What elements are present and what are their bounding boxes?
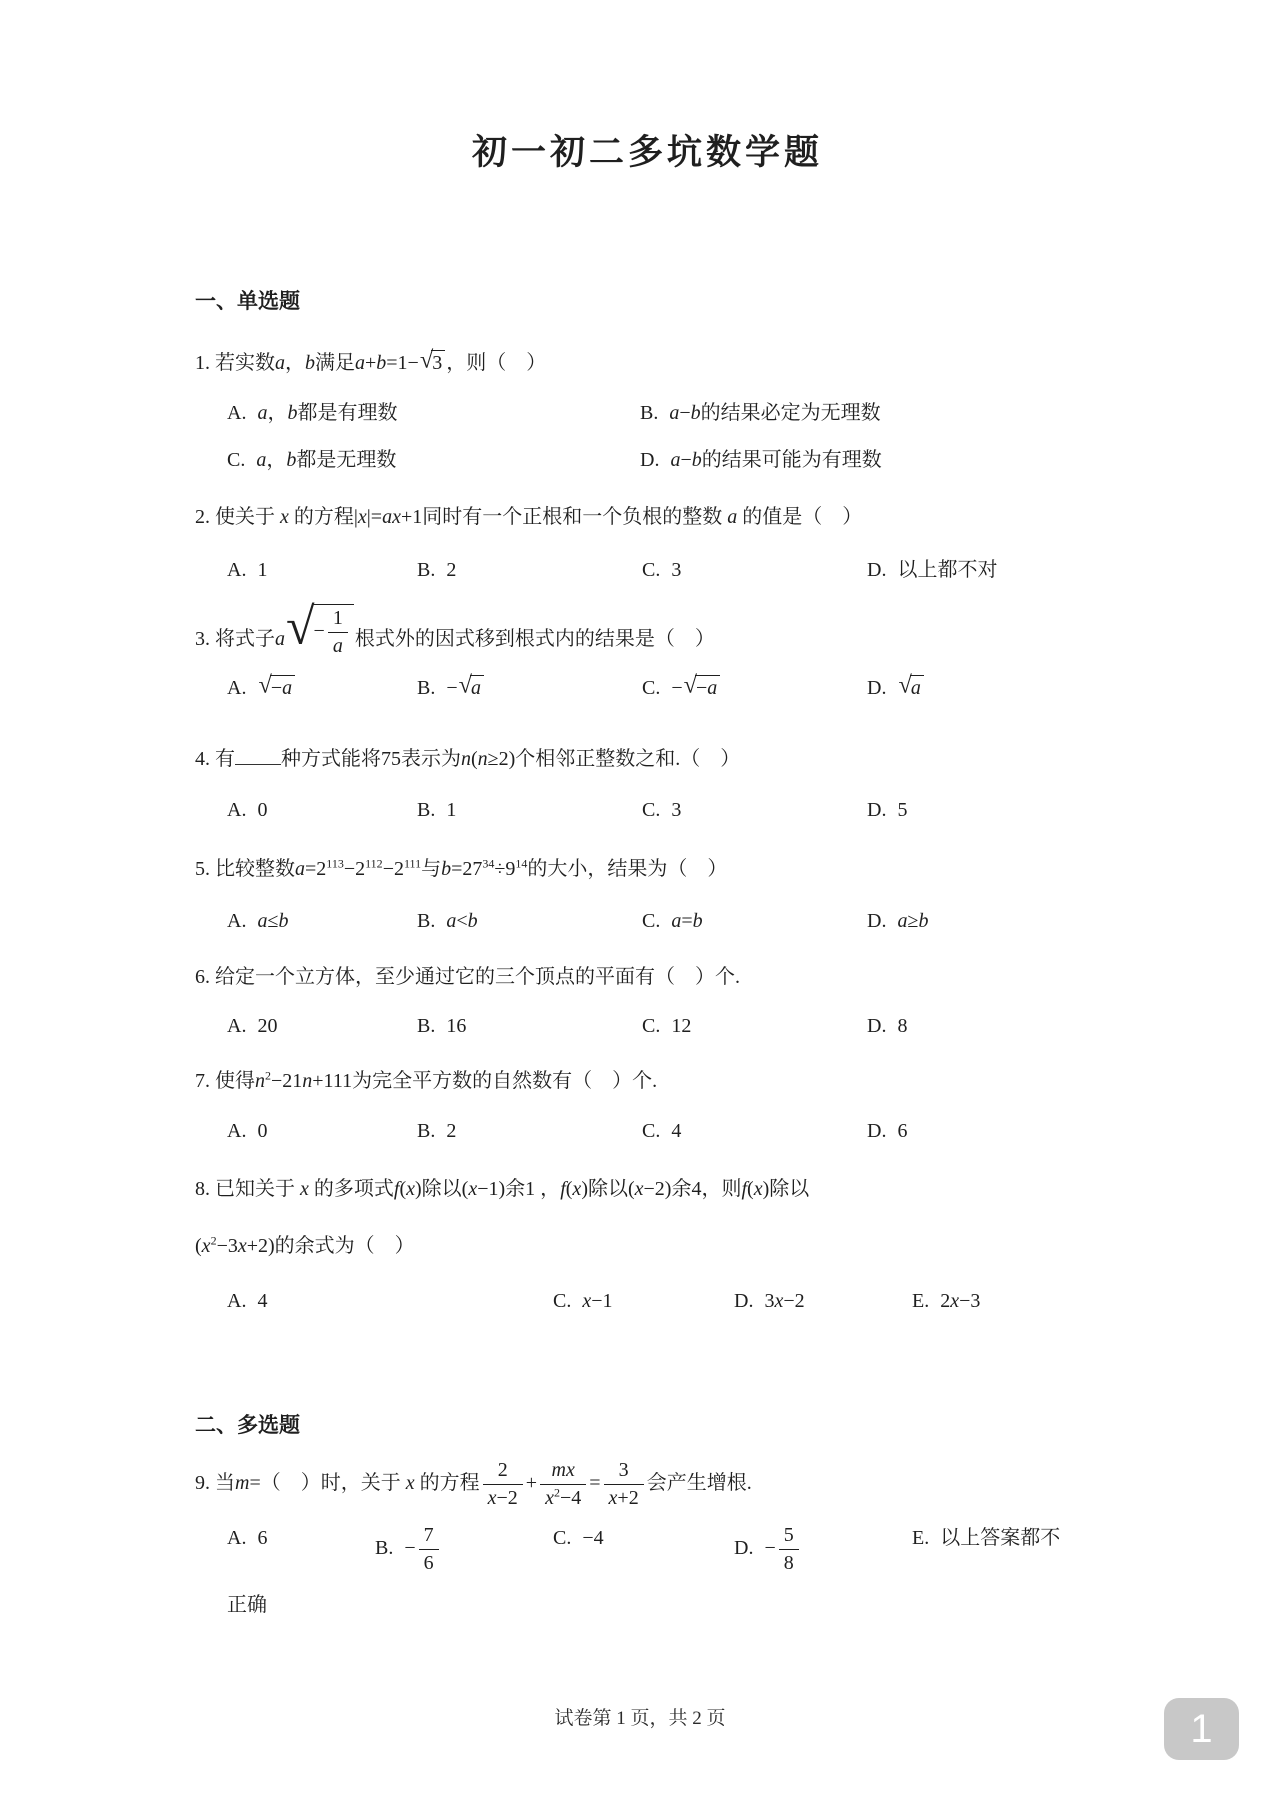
option-content: −√−a	[671, 674, 721, 702]
question-3-option-c: C.−√−a	[642, 674, 867, 702]
question-5-option-c: C.a=b	[642, 907, 867, 935]
question-3-option-d: D.√a	[867, 674, 925, 702]
question-9-option-d: D.−58	[734, 1524, 912, 1575]
option-content: a≤b	[257, 907, 288, 935]
option-content: 3	[671, 556, 681, 584]
question-2-option-b: B.2	[417, 556, 642, 584]
section-1-heading: 一、单选题	[195, 287, 1100, 316]
question-5-options: A.a≤b B.a<b C.a=b D.a≥b	[195, 907, 1100, 935]
section-2-heading: 二、多选题	[195, 1411, 1100, 1440]
option-content: 0	[257, 796, 267, 824]
question-5: 5. 比较整数a=2113−2112−2111与b=2734÷914的大小，结果…	[195, 855, 1100, 935]
question-4-stem: 4. 有种方式能将75表示为n(n≥2)个相邻正整数之和.（ ）	[195, 744, 1100, 774]
radical-sign: √	[684, 674, 697, 698]
option-label: A.	[227, 399, 246, 427]
question-1-option-c: C.a，b都是无理数	[227, 446, 640, 474]
option-label: C.	[642, 907, 660, 935]
question-5-option-b: B.a<b	[417, 907, 642, 935]
question-1-option-b: B.a−b的结果必定为无理数	[640, 399, 881, 427]
question-7-option-c: C.4	[642, 1117, 867, 1145]
option-content: 5	[897, 796, 907, 824]
question-6: 6. 给定一个立方体，至少通过它的三个顶点的平面有（ ）个. A.20 B.16…	[195, 963, 1100, 1040]
option-label: A.	[227, 674, 246, 702]
question-1: 1. 若实数a，b满足a+b=1−√3，则（ ） A.a，b都是有理数 B.a−…	[195, 349, 1100, 474]
question-5-option-d: D.a≥b	[867, 907, 928, 935]
question-8: 8. 已知关于 x 的多项式f(x)除以(x−1)余1 ，f(x)除以(x−2)…	[195, 1175, 1100, 1315]
option-content: 12	[671, 1012, 691, 1040]
page-number-badge[interactable]: 1	[1164, 1698, 1239, 1760]
option-content: −4	[582, 1524, 603, 1552]
question-2-stem: 2. 使关于 x 的方程|x|=ax+1同时有一个正根和一个负根的整数 a 的值…	[195, 503, 1100, 532]
option-label: B.	[375, 1534, 393, 1562]
question-1-option-a: A.a，b都是有理数	[227, 399, 640, 427]
option-label: D.	[734, 1534, 753, 1562]
option-label: B.	[417, 1012, 435, 1040]
page-content: 初一初二多坑数学题 一、单选题 1. 若实数a，b满足a+b=1−√3，则（ ）…	[0, 0, 1280, 1619]
question-9-stem: 9. 当m=（ ）时，关于 x 的方程2x−2+mxx2−4=3x+2会产生增根…	[195, 1459, 1100, 1510]
question-7-option-d: D.6	[867, 1117, 907, 1145]
option-label: B.	[640, 399, 658, 427]
question-3-option-b: B.−√a	[417, 674, 642, 702]
page-title: 初一初二多坑数学题	[195, 128, 1100, 177]
option-content: −76	[404, 1524, 441, 1575]
question-2-options: A.1 B.2 C.3 D.以上都不对	[195, 556, 1100, 584]
option-content: a<b	[446, 907, 477, 935]
radical-sign: √	[898, 674, 911, 698]
question-8-option-d: D.3x−2	[734, 1287, 912, 1315]
option-label: B.	[417, 907, 435, 935]
option-content: a−b的结果必定为无理数	[669, 399, 880, 427]
option-label: A.	[227, 1287, 246, 1315]
option-label: D.	[734, 1287, 753, 1315]
option-label: C.	[642, 556, 660, 584]
question-4-option-d: D.5	[867, 796, 907, 824]
option-label: A.	[227, 556, 246, 584]
option-content: √−a	[257, 674, 296, 702]
question-9: 9. 当m=（ ）时，关于 x 的方程2x−2+mxx2−4=3x+2会产生增根…	[195, 1459, 1100, 1619]
option-label: A.	[227, 796, 246, 824]
question-1-options-row-2: C.a，b都是无理数 D.a−b的结果可能为有理数	[195, 446, 1100, 474]
option-label: D.	[867, 907, 886, 935]
option-label: C.	[642, 796, 660, 824]
option-label: D.	[867, 1117, 886, 1145]
question-7-option-a: A.0	[227, 1117, 417, 1145]
option-label: B.	[417, 796, 435, 824]
option-content: √a	[897, 674, 924, 702]
option-label: A.	[227, 1117, 246, 1145]
question-4-option-b: B.1	[417, 796, 642, 824]
option-label: D.	[867, 796, 886, 824]
question-9-option-e: E.以上答案都不	[912, 1524, 1060, 1552]
question-4-option-a: A.0	[227, 796, 417, 824]
question-3: 3. 将式子a√−1a根式外的因式移到根式内的结果是（ ） A.√−a B.−√…	[195, 604, 1100, 702]
question-2-option-d: D.以上都不对	[867, 556, 997, 584]
question-6-option-d: D.8	[867, 1012, 907, 1040]
option-content: 4	[671, 1117, 681, 1145]
option-content: 1	[446, 796, 456, 824]
option-content: 2x−3	[940, 1287, 980, 1315]
question-2-option-a: A.1	[227, 556, 417, 584]
radical-sign: √	[286, 603, 315, 652]
option-content: −58	[764, 1524, 801, 1575]
option-label: B.	[417, 556, 435, 584]
page-footer-text: 试卷第 1 页，共 2 页	[0, 1703, 1280, 1730]
exam-paper-page: 初一初二多坑数学题 一、单选题 1. 若实数a，b满足a+b=1−√3，则（ ）…	[0, 0, 1280, 1810]
option-label: C.	[642, 674, 660, 702]
question-8-option-e: E.2x−3	[912, 1287, 980, 1315]
option-content: 1	[257, 556, 267, 584]
option-content: 2	[446, 1117, 456, 1145]
option-content: 16	[446, 1012, 466, 1040]
option-label: A.	[227, 1524, 246, 1552]
blank-underline	[235, 744, 281, 765]
question-7-option-b: B.2	[417, 1117, 642, 1145]
question-6-option-a: A.20	[227, 1012, 417, 1040]
option-label: D.	[867, 556, 886, 584]
option-label: D.	[867, 1012, 886, 1040]
option-label: E.	[912, 1287, 929, 1315]
option-label: C.	[553, 1524, 571, 1552]
option-label: A.	[227, 907, 246, 935]
question-9-option-a: A.6	[227, 1524, 375, 1552]
option-label: C.	[227, 446, 245, 474]
option-label: A.	[227, 1012, 246, 1040]
option-label: D.	[640, 446, 659, 474]
option-content: 0	[257, 1117, 267, 1145]
option-label: C.	[642, 1012, 660, 1040]
option-label: B.	[417, 1117, 435, 1145]
option-content: 以上答案都不	[940, 1524, 1060, 1552]
question-4-option-c: C.3	[642, 796, 867, 824]
option-label: C.	[553, 1287, 571, 1315]
question-1-option-d: D.a−b的结果可能为有理数	[640, 446, 882, 474]
question-6-options: A.20 B.16 C.12 D.8	[195, 1012, 1100, 1040]
option-content: 6	[897, 1117, 907, 1145]
option-content: 3x−2	[764, 1287, 804, 1315]
question-3-options: A.√−a B.−√a C.−√−a D.√a	[195, 674, 1100, 702]
question-5-option-a: A.a≤b	[227, 907, 417, 935]
option-content: −√a	[446, 674, 485, 702]
option-content: 3	[671, 796, 681, 824]
question-7-options: A.0 B.2 C.4 D.6	[195, 1117, 1100, 1145]
option-content: a，b都是有理数	[257, 399, 397, 427]
question-3-option-a: A.√−a	[227, 674, 417, 702]
option-content: 4	[257, 1287, 267, 1315]
question-2-option-c: C.3	[642, 556, 867, 584]
option-content: a≥b	[897, 907, 928, 935]
question-4: 4. 有种方式能将75表示为n(n≥2)个相邻正整数之和.（ ） A.0 B.1…	[195, 744, 1100, 824]
question-9-option-b: B.−76	[375, 1524, 553, 1575]
question-6-option-c: C.12	[642, 1012, 867, 1040]
option-content: x−1	[582, 1287, 612, 1315]
option-content: 2	[446, 556, 456, 584]
option-content: 20	[257, 1012, 277, 1040]
question-7: 7. 使得n2−21n+111为完全平方数的自然数有（ ）个. A.0 B.2 …	[195, 1067, 1100, 1145]
option-content: 8	[897, 1012, 907, 1040]
question-9-option-e-continuation: 正确	[195, 1591, 1100, 1619]
question-7-stem: 7. 使得n2−21n+111为完全平方数的自然数有（ ）个.	[195, 1067, 1100, 1096]
radical-sign: √	[459, 674, 472, 698]
question-5-stem: 5. 比较整数a=2113−2112−2111与b=2734÷914的大小，结果…	[195, 855, 1100, 884]
option-content: 6	[257, 1524, 267, 1552]
question-6-stem: 6. 给定一个立方体，至少通过它的三个顶点的平面有（ ）个.	[195, 963, 1100, 992]
question-8-option-c: C.x−1	[553, 1287, 734, 1315]
radical-sign: √	[258, 674, 271, 698]
question-2: 2. 使关于 x 的方程|x|=ax+1同时有一个正根和一个负根的整数 a 的值…	[195, 503, 1100, 584]
question-8-stem-line-1: 8. 已知关于 x 的多项式f(x)除以(x−1)余1 ，f(x)除以(x−2)…	[195, 1175, 1100, 1204]
question-8-option-a: A.4	[227, 1287, 553, 1315]
question-8-stem-line-2: (x2−3x+2)的余式为（ ）	[195, 1232, 1100, 1261]
question-9-option-c: C.−4	[553, 1524, 734, 1552]
radical-sign: √	[420, 349, 433, 373]
option-label: B.	[417, 674, 435, 702]
question-1-options-row-1: A.a，b都是有理数 B.a−b的结果必定为无理数	[195, 399, 1100, 427]
question-8-options: A.4 C.x−1 D.3x−2 E.2x−3	[195, 1287, 1100, 1315]
option-label: D.	[867, 674, 886, 702]
option-content: a−b的结果可能为有理数	[670, 446, 881, 474]
option-content: a=b	[671, 907, 702, 935]
question-4-options: A.0 B.1 C.3 D.5	[195, 796, 1100, 824]
question-9-options: A.6 B.−76 C.−4 D.−58 E.以上答案都不	[195, 1524, 1100, 1575]
option-content: 以上都不对	[897, 556, 997, 584]
option-label: C.	[642, 1117, 660, 1145]
question-6-option-b: B.16	[417, 1012, 642, 1040]
option-content: a，b都是无理数	[256, 446, 396, 474]
option-label: E.	[912, 1524, 929, 1552]
question-1-stem: 1. 若实数a，b满足a+b=1−√3，则（ ）	[195, 349, 1100, 378]
question-3-stem: 3. 将式子a√−1a根式外的因式移到根式内的结果是（ ）	[195, 604, 1100, 658]
